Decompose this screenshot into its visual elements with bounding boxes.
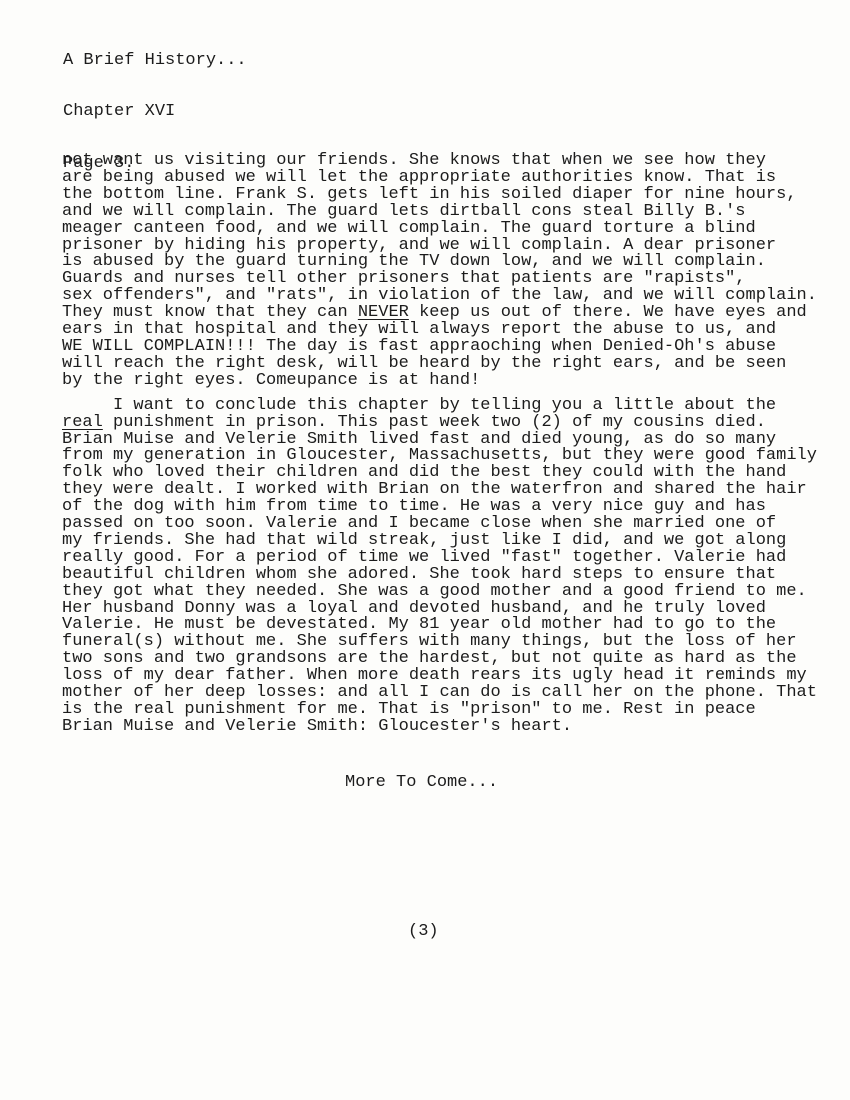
- paragraph: not want us visiting our friends. She kn…: [62, 153, 840, 390]
- paragraph: I want to conclude this chapter by telli…: [62, 398, 840, 736]
- header-chapter-line: Chapter XVI: [63, 103, 247, 121]
- header-title-line: A Brief History...: [63, 52, 247, 70]
- document-body: not want us visiting our friends. She kn…: [62, 153, 840, 941]
- document-page: A Brief History... Chapter XVI Page 3. n…: [0, 0, 850, 1100]
- paragraphs-container: not want us visiting our friends. She kn…: [62, 153, 840, 736]
- closing-line: More To Come...: [345, 775, 840, 792]
- page-number: (3): [408, 924, 840, 941]
